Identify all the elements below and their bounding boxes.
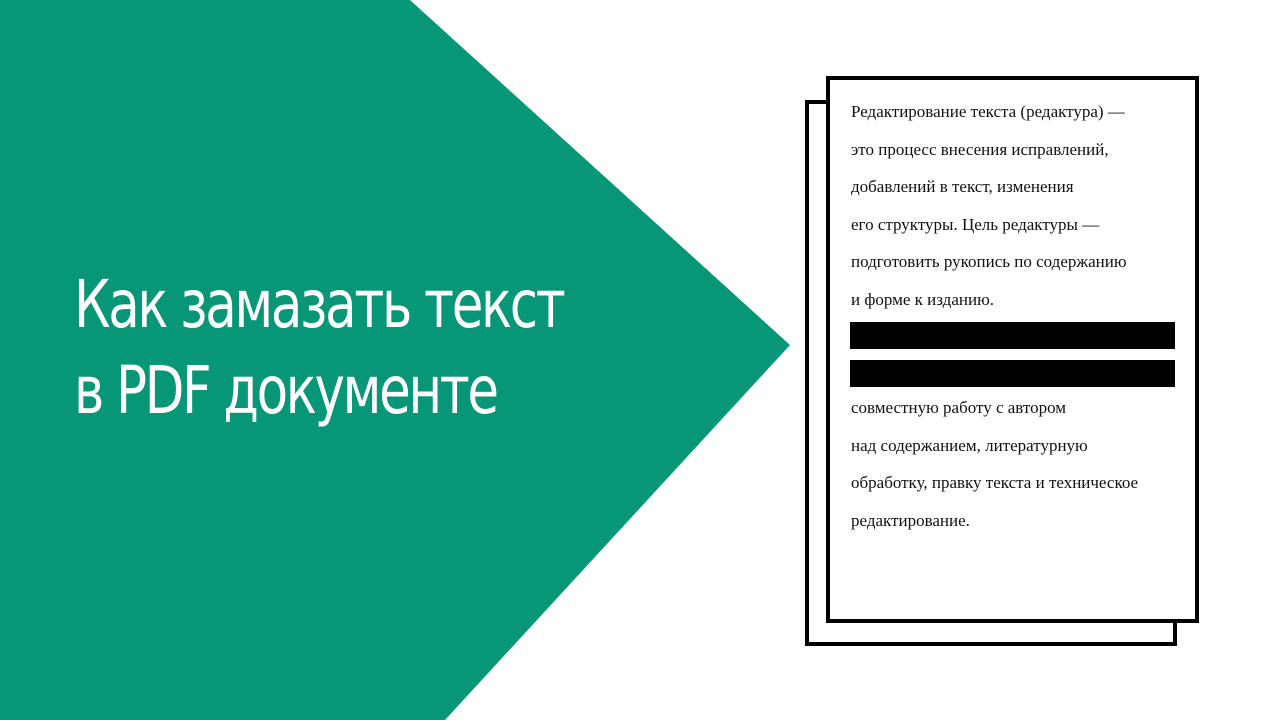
document-line: подготовить рукопись по содержанию bbox=[851, 248, 1196, 286]
page-title: Как замазать текст в PDF документе bbox=[74, 262, 563, 434]
title-line-1: Как замазать текст bbox=[74, 262, 563, 348]
document-line: добавлений в текст, изменения bbox=[851, 173, 1196, 211]
document-text-before: Редактирование текста (редактура) — это … bbox=[851, 98, 1196, 323]
document-line: Редактирование текста (редактура) — bbox=[851, 98, 1196, 136]
document-line: обработку, правку текста и техническое bbox=[851, 469, 1196, 507]
document-line: и форме к изданию. bbox=[851, 286, 1196, 324]
document-line: редактирование. bbox=[851, 507, 1196, 545]
title-line-2: в PDF документе bbox=[74, 348, 563, 434]
document-line: это процесс внесения исправлений, bbox=[851, 136, 1196, 174]
document-line: его структуры. Цель редактуры — bbox=[851, 211, 1196, 249]
redaction-bar bbox=[850, 360, 1175, 387]
document-line: совместную работу с автором bbox=[851, 394, 1196, 432]
document-line: над содержанием, литературную bbox=[851, 432, 1196, 470]
document-text-after: совместную работу с автором над содержан… bbox=[851, 394, 1196, 544]
redaction-bar bbox=[850, 322, 1175, 349]
